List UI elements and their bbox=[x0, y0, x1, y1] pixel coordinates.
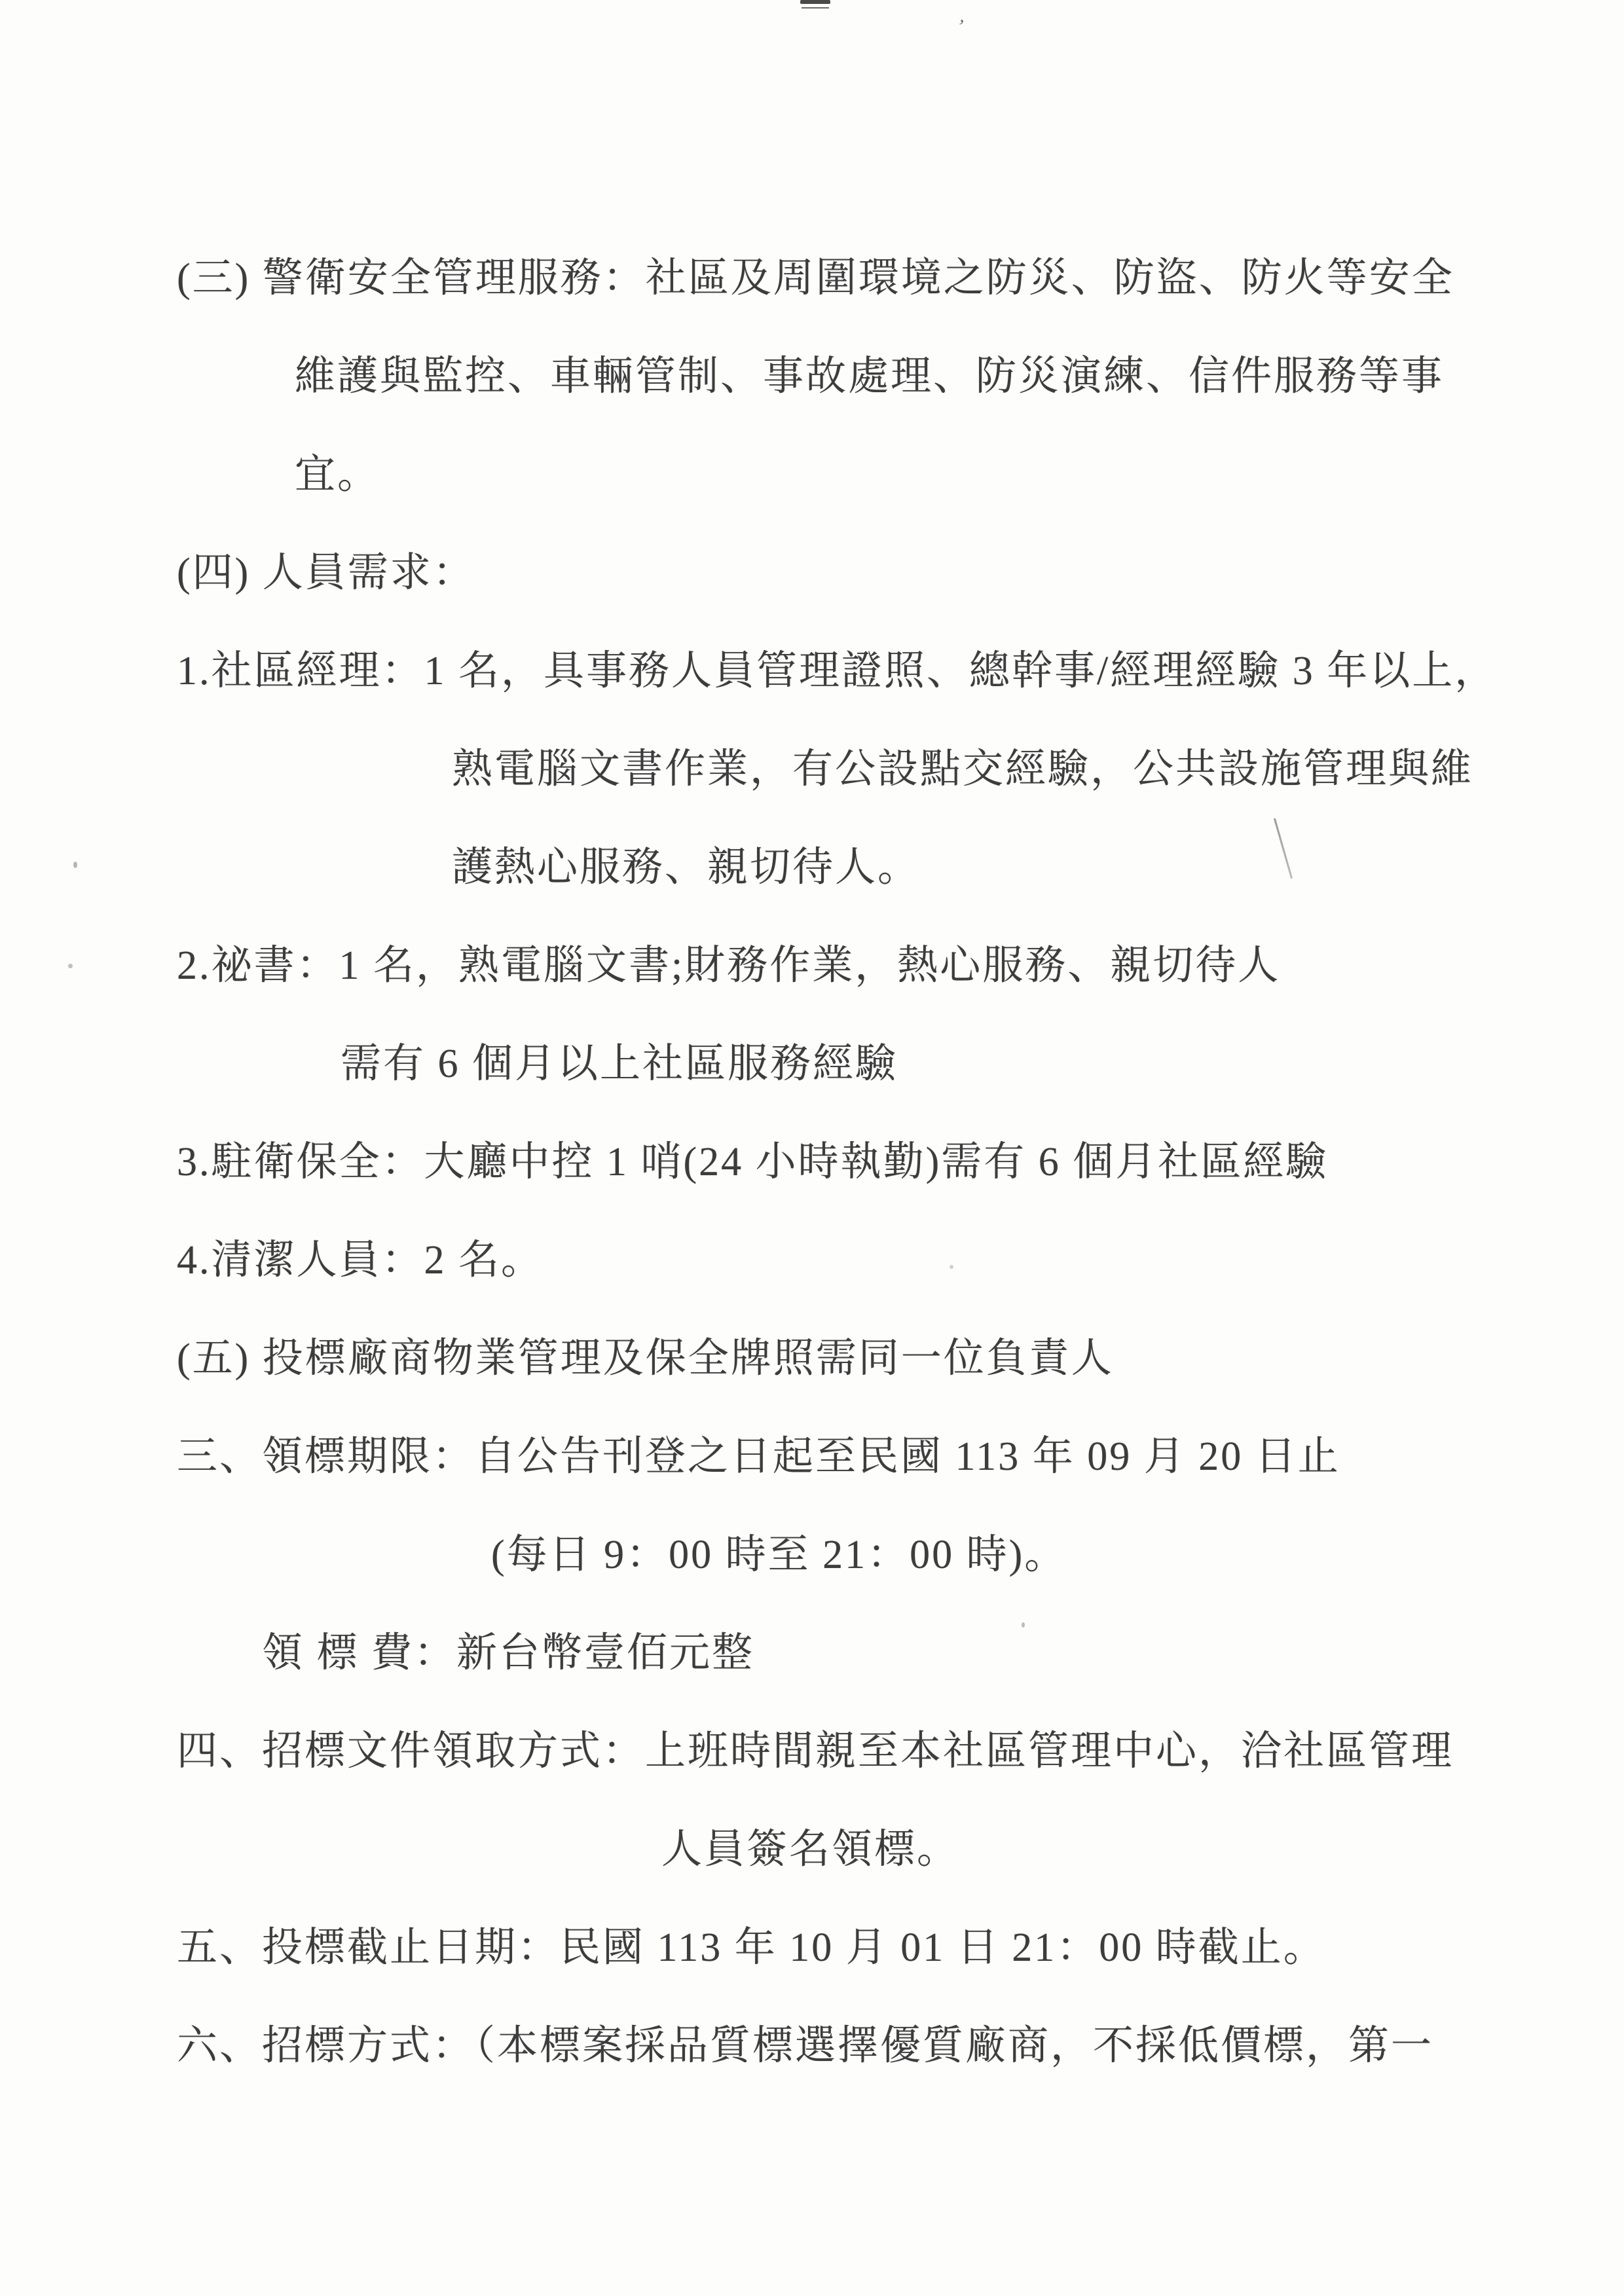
doc-line-section4-cont: 人員簽名領標。 bbox=[661, 1800, 1526, 1899]
document-text-block: (三) 警衛安全管理服務：社區及周圍環境之防災、防盜、防火等安全 維護與監控、車… bbox=[177, 229, 1526, 2095]
doc-line-section3-head: 三、領標期限：自公告刊登之日起至民國 113 年 09 月 20 日止 bbox=[177, 1408, 1526, 1506]
scan-artifact-speck bbox=[68, 964, 73, 968]
scan-artifact-speck bbox=[73, 862, 77, 868]
doc-line-tender-fee: 領 標 費：新台幣壹佰元整 bbox=[262, 1604, 1526, 1702]
doc-line-staff1-cont: 熟電腦文書作業，有公設點交經驗，公共設施管理與維 bbox=[452, 720, 1526, 818]
doc-line-section3-hours: (每日 9：00 時至 21：00 時)。 bbox=[491, 1506, 1526, 1604]
doc-line-section5: 五、投標截止日期：民國 113 年 10 月 01 日 21：00 時截止。 bbox=[177, 1899, 1526, 1997]
scanned-document-page: (三) 警衛安全管理服務：社區及周圍環境之防災、防盜、防火等安全 維護與監控、車… bbox=[0, 0, 1624, 2296]
doc-line-item4-head: (四) 人員需求： bbox=[177, 524, 1526, 622]
doc-line-item3-head: (三) 警衛安全管理服務：社區及周圍環境之防災、防盜、防火等安全 bbox=[177, 229, 1526, 327]
doc-line-staff2-cont: 需有 6 個月以上社區服務經驗 bbox=[341, 1015, 1526, 1113]
doc-line-item5: (五) 投標廠商物業管理及保全牌照需同一位負責人 bbox=[177, 1309, 1526, 1408]
doc-line-item3-end: 宜。 bbox=[295, 426, 1526, 524]
doc-line-staff4: 4.清潔人員：2 名。 bbox=[177, 1211, 1526, 1309]
doc-line-staff1-head: 1.社區經理：1 名，具事務人員管理證照、總幹事/經理經驗 3 年以上， bbox=[177, 622, 1526, 720]
doc-line-item3-cont: 維護與監控、車輛管制、事故處理、防災演練、信件服務等事 bbox=[295, 327, 1526, 426]
doc-line-section6-head: 六、招標方式：（本標案採品質標選擇優質廠商，不採低價標，第一 bbox=[177, 1997, 1526, 2095]
doc-line-staff1-end: 護熱心服務、親切待人。 bbox=[452, 818, 1526, 917]
doc-line-staff3: 3.駐衛保全：大廳中控 1 哨(24 小時執勤)需有 6 個月社區經驗 bbox=[177, 1113, 1526, 1211]
scan-artifact-top-edge bbox=[800, 0, 830, 4]
scan-artifact-squiggle: ’ bbox=[956, 19, 965, 35]
doc-line-staff2-head: 2.祕書：1 名，熟電腦文書;財務作業，熱心服務、親切待人 bbox=[177, 917, 1526, 1015]
doc-line-section4-head: 四、招標文件領取方式：上班時間親至本社區管理中心，洽社區管理 bbox=[177, 1702, 1526, 1800]
